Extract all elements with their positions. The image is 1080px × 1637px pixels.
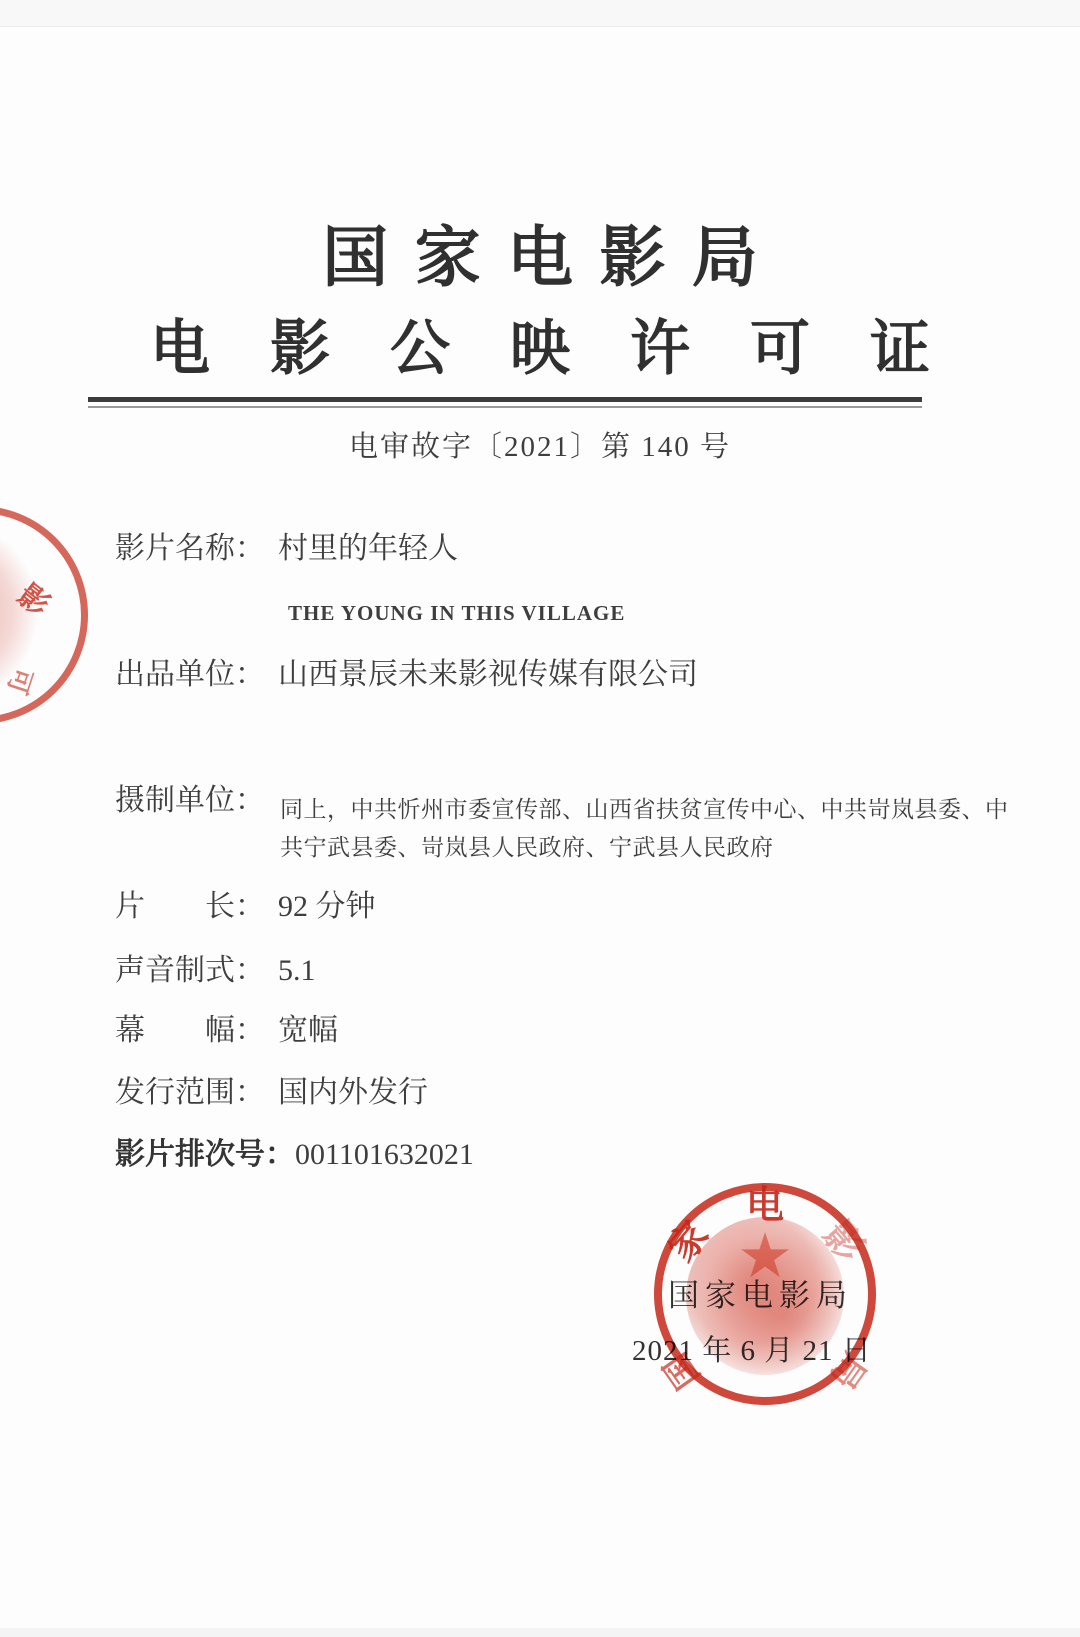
certificate-page: 国家电影局 电影公映许可证 电审故字〔2021〕第 140 号 影片名称：村里的… (0, 0, 1080, 1637)
underline-thick-rule (88, 397, 922, 402)
sound-format-label: 声音制式： (115, 954, 278, 989)
serial-number-value: 001101632021 (295, 1138, 474, 1171)
film-length-label: 片 长： (115, 890, 278, 925)
certificate-title: 电影公映许可证 (0, 318, 1080, 381)
production-label: 摄制单位： (115, 784, 278, 819)
title-underline (88, 397, 922, 408)
left-partial-seal: 影 可 (0, 506, 88, 724)
bottom-band (0, 1628, 1080, 1637)
screen-format-value: 宽幅 (278, 1014, 338, 1047)
sound-format-value: 5.1 (278, 954, 316, 987)
film-name-english: THE YOUNG IN THIS VILLAGE (288, 601, 625, 626)
production-row: 摄制单位： (115, 784, 278, 819)
underline-thin-rule (88, 406, 922, 408)
distribution-value: 国内外发行 (278, 1076, 428, 1109)
producer-value: 山西景辰未来影视传媒有限公司 (278, 658, 698, 691)
producer-label: 出品单位： (115, 658, 278, 693)
film-length-row: 片 长：92 分钟 (115, 890, 376, 925)
distribution-label: 发行范围： (115, 1076, 278, 1111)
agency-title: 国家电影局 (0, 224, 1080, 293)
seal-arc-char-top: 电 (746, 1187, 784, 1225)
serial-number-row: 影片排次号：001101632021 (115, 1138, 474, 1173)
serial-number-label: 影片排次号： (115, 1138, 295, 1173)
production-value: 同上，中共忻州市委宣传部、山西省扶贫宣传中心、中共岢岚县委、中 共宁武县委、岢岚… (280, 791, 1009, 867)
film-name-value: 村里的年轻人 (278, 532, 458, 565)
issuer-name: 国家电影局 (668, 1270, 853, 1315)
issue-date: 2021 年 6 月 21 日 (632, 1328, 872, 1369)
production-value-line1: 同上，中共忻州市委宣传部、山西省扶贫宣传中心、中共岢岚县委、中 (280, 791, 1009, 829)
sound-format-row: 声音制式：5.1 (115, 954, 316, 989)
permit-number: 电审故字〔2021〕第 140 号 (0, 424, 1080, 465)
top-band (0, 0, 1080, 27)
film-name-row: 影片名称：村里的年轻人 (115, 532, 458, 567)
screen-format-row: 幕 幅：宽幅 (115, 1014, 338, 1049)
distribution-row: 发行范围：国内外发行 (115, 1076, 428, 1111)
producer-row: 出品单位：山西景辰未来影视传媒有限公司 (115, 658, 698, 693)
film-length-value: 92 分钟 (278, 890, 376, 923)
film-name-label: 影片名称： (115, 532, 278, 567)
screen-format-label: 幕 幅： (115, 1014, 278, 1049)
production-value-line2: 共宁武县委、岢岚县人民政府、宁武县人民政府 (280, 829, 1009, 867)
